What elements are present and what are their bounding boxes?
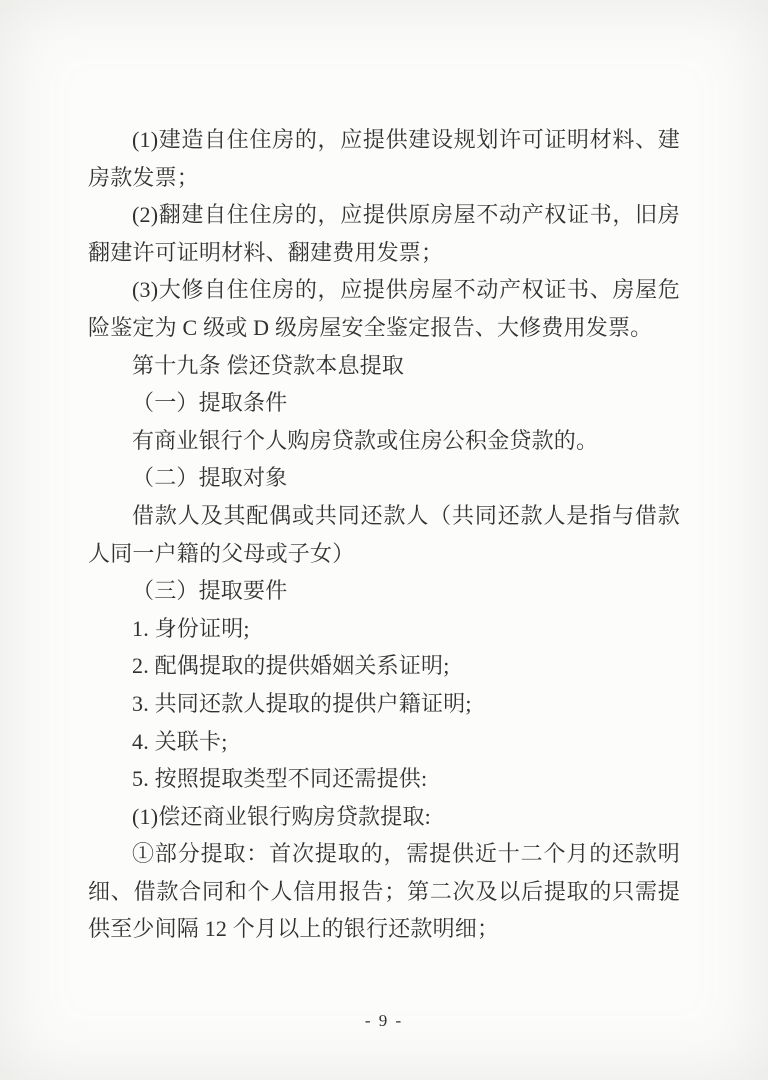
list-item: (1)偿还商业银行购房贷款提取: — [88, 798, 680, 836]
document-page: (1)建造自住住房的，应提供建设规划许可证明材料、建房款发票； (2)翻建自住住… — [0, 0, 768, 1080]
list-item: 1. 身份证明; — [88, 610, 680, 648]
paragraph: 借款人及其配偶或共同还款人（共同还款人是指与借款人同一户籍的父母或子女） — [88, 497, 680, 572]
list-item: 3. 共同还款人提取的提供户籍证明; — [88, 685, 680, 723]
list-item: 2. 配偶提取的提供婚姻关系证明; — [88, 647, 680, 685]
subsection-heading: （三）提取要件 — [88, 572, 680, 610]
page-number: - 9 - — [0, 1011, 768, 1031]
subsection-heading: （二）提取对象 — [88, 459, 680, 497]
list-item: 5. 按照提取类型不同还需提供: — [88, 760, 680, 798]
document-body: (1)建造自住住房的，应提供建设规划许可证明材料、建房款发票； (2)翻建自住住… — [88, 121, 680, 948]
paragraph: (1)建造自住住房的，应提供建设规划许可证明材料、建房款发票； — [88, 121, 680, 196]
list-item: 4. 关联卡; — [88, 723, 680, 761]
paragraph: (3)大修自住住房的，应提供房屋不动产权证书、房屋危险鉴定为 C 级或 D 级房… — [88, 271, 680, 346]
paragraph: ①部分提取：首次提取的，需提供近十二个月的还款明细、借款合同和个人信用报告；第二… — [88, 835, 680, 948]
section-heading: 第十九条 偿还贷款本息提取 — [88, 347, 680, 385]
paragraph: (2)翻建自住住房的，应提供原房屋不动产权证书，旧房翻建许可证明材料、翻建费用发… — [88, 196, 680, 271]
paragraph: 有商业银行个人购房贷款或住房公积金贷款的。 — [88, 422, 680, 460]
subsection-heading: （一）提取条件 — [88, 384, 680, 422]
